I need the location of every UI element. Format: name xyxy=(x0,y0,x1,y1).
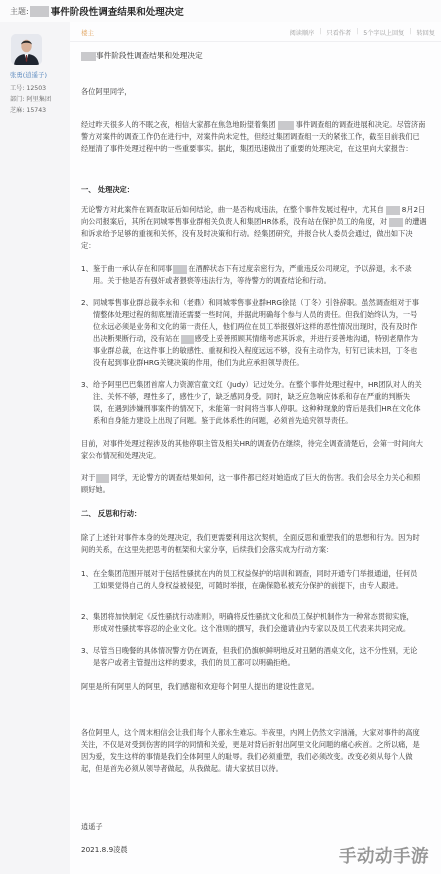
action-line: 是客户或者主管提出这样的要求，我们的员工都可以明确拒绝。 xyxy=(93,658,295,668)
author-only-link[interactable]: 只看作者 xyxy=(326,28,351,37)
intro-line: 警方对案件的调查工作仍在进行中，对案件尚未定性，但经过集团调查组一天的紧张工作，… xyxy=(81,132,420,142)
action-line: 形成对性骚扰零容忍的企业文化。这个准则的撰写，我们会邀请业内专家以及员工代表来共… xyxy=(93,624,410,634)
decision-line: 情整体处理过程的彻底厘清还需要一些时间，并据此明确每个参与人员的责任。但我们始终… xyxy=(93,310,417,320)
section2-intro-line: 间的关系，在这里先把思考的框架和大家分享，后续我们会落实成为行动方案： xyxy=(81,545,333,555)
decision-line: 误，在遇到涉嫌刑事案件的情况下，未能第一时间将当事人停职。这种种现象的背后是我们… xyxy=(93,404,421,414)
avatar[interactable] xyxy=(11,34,42,65)
post-actions: 阅读顺序 | 只看作者 | 5个字以上回复 | 转回复 xyxy=(290,28,435,37)
decision-line: 用。关于他是否有强奸或者猥亵等违法行为，等待警方的调查结论和行动。 xyxy=(93,276,331,286)
redacted-name xyxy=(181,335,194,344)
redacted-name xyxy=(278,121,294,130)
intro-line: 经过昨天很多人的不眠之夜，相信大家都在焦急地盼望着集团事件调查组的调查进展和决定… xyxy=(81,120,425,130)
date: 2021.8.9凌晨 xyxy=(81,845,128,855)
redacted-name xyxy=(30,6,49,17)
redacted-name xyxy=(81,52,96,61)
list-number: 1、 xyxy=(81,264,93,274)
list-number: 2、 xyxy=(81,612,93,622)
user-avatar-icon xyxy=(11,34,42,65)
divider: | xyxy=(409,28,411,37)
sesame-score: 芝麻: 15743 xyxy=(10,105,46,114)
decision-line: 注、关怀不够，理性多了，感性少了，缺乏感同身受。同时，缺乏应急响应体系和存在严重… xyxy=(93,392,410,402)
post: 楼主 阅读顺序 | 只看作者 | 5个字以上回复 | 转回复 事件阶段性调查结果… xyxy=(70,22,441,874)
department: 部门: 阿里集团 xyxy=(10,94,51,103)
redacted-name xyxy=(389,218,403,227)
decision-line: 位永远必须是业务和文化的第一责任人，他们两位在员工举报强奸这样的恶性情况出现时，… xyxy=(93,322,417,332)
topic-title: 事件阶段性调查结果和处理决定 xyxy=(51,4,184,18)
divider: | xyxy=(356,28,358,37)
reply-link[interactable]: 转回复 xyxy=(416,28,435,37)
closing-line: 关注，不仅是对受到伤害的同学的同情和关爱，更是对背后折射出阿里文化问题的痛心疾首… xyxy=(81,740,420,750)
topic-label: 主题: xyxy=(10,6,29,17)
decision-line: 事业群总裁，在这件事上的敏感性、重视和投入程度远远不够，没有主动作为，钉钉已读未… xyxy=(93,346,417,356)
redacted-name xyxy=(96,474,109,483)
closing-line: 各位阿里人，这个周末相信会让我们每个人都永生难忘。半夜里，内网上仍然文字汹涌，大… xyxy=(81,728,420,738)
signature: 逍遥子 xyxy=(81,822,103,832)
victim-note-line: 对于同学，无论警方的调查结果如何，这一事件都已经对她造成了巨大的伤害。我们会尽全… xyxy=(81,473,420,483)
intro-line: 经厘清了事件处理过程中的一些重要事实。据此，集团迅速做出了重要的处理决定，在这里… xyxy=(81,144,413,154)
decision-line: 同城零售事业群总裁李永和（老鼎）和同城零售事业群HRG徐昆（丁冬）引咎辞职。虽然… xyxy=(93,298,419,308)
section1-intro-line: 向公司报案后，其所在同城零售事业群相关负责人和集团HR体系，没有站在保护员工的角… xyxy=(81,217,427,227)
employee-id: 工号: 12503 xyxy=(10,83,46,92)
list-number: 2、 xyxy=(81,298,93,308)
greeting: 各位阿里同学， xyxy=(81,87,131,97)
long-replies-link[interactable]: 5个字以上回复 xyxy=(363,28,404,37)
list-number: 3、 xyxy=(81,380,93,390)
victim-note-line: 顾好她。 xyxy=(81,485,110,495)
decision-line: 鉴于曲一承认存在和同事在酒醉状态下有过度亲密行为，严重违反公司规定，予以辞退，永… xyxy=(93,264,412,274)
closing-line: 起，但是首先必须从领导者做起，从我做起。请大家拭目以待。 xyxy=(81,764,283,774)
redacted-name xyxy=(173,265,187,274)
watermark: 手动动手游 xyxy=(339,843,429,868)
author-sidebar: 张勇(逍遥子) 工号: 12503 部门: 阿里集团 芝麻: 15743 xyxy=(0,22,70,874)
author-name-link[interactable]: 张勇(逍遥子) xyxy=(10,70,47,79)
divider: | xyxy=(319,28,321,37)
ongoing-line: 目前，对事件处理过程涉及的其他停职主管及相关HR的调查仍在继续，待完全调查清楚后… xyxy=(81,439,423,449)
post-header: 楼主 阅读顺序 | 只看作者 | 5个字以上回复 | 转回复 xyxy=(70,22,441,42)
ongoing-line: 家公布情况和处理决定。 xyxy=(81,451,160,461)
section1-intro-line: 无论警方对此案件在调查取证后如何结论，曲一是否构成违法，在整个事件发展过程中，尤… xyxy=(81,205,425,215)
section1-intro-line: 定： xyxy=(81,241,95,251)
read-order-link[interactable]: 阅读顺序 xyxy=(290,28,315,37)
section-heading: 二、 反思和行动： xyxy=(81,509,141,519)
closing-line: 因为爱，发生这样的事情是我们全体阿里人的耻辱。我们必须重塑，我们必须改变。改变必… xyxy=(81,752,413,762)
list-number: 1、 xyxy=(81,569,93,579)
section1-intro-line: 和诉求给予足够的重视和关怀，没有及时决策和行动。经集团研究，并报合伙人委员会通过… xyxy=(81,229,413,239)
decision-line: 没有起到事业群HRG关键决策的作用，他们为此应承担领导责任。 xyxy=(93,358,304,368)
decision-line: 给予阿里巴巴集团首席人力资源官童文红（Judy）记过处分。在整个事件处理过程中，… xyxy=(93,380,422,390)
topic-bar: 主题: 事件阶段性调查结果和处理决定 xyxy=(0,0,441,22)
section2-intro-line: 除了上述针对事件本身的处理决定，我们更需要利用这次契机，全面反思和重塑我们的思想… xyxy=(81,533,420,543)
op-badge: 楼主 xyxy=(81,28,94,37)
list-number: 3、 xyxy=(81,646,93,656)
action-line: 工如果觉得自己的人身权益被侵犯，可随时举报，在确保隐私被充分保护的前提下，由专人… xyxy=(93,581,403,591)
action-line: 尽管当日晚餐的具体情况警方仍在调查，但我们仍旗帜鲜明地反对丑陋的酒桌文化，这不分… xyxy=(93,646,417,656)
decision-line: 系和自身能力建设上出现了问题。鉴于此体系性的问题，必须首先追究领导责任。 xyxy=(93,416,352,426)
alibaba-line: 阿里是所有阿里人的阿里，我们感谢和欢迎每个阿里人提出的建设性意见。 xyxy=(81,682,319,692)
action-line: 在全集团范围开展对于包括性骚扰在内的员工权益保护的培训和调查，同时开通专门举报通… xyxy=(93,569,417,579)
section-heading: 一、 处理决定： xyxy=(81,185,134,195)
action-line: 集团将加快制定《反性骚扰行动准则》，明确将反性骚扰文化和员工保护机制作为一种常态… xyxy=(93,612,414,622)
article-title: 事件阶段性调查结果和处理决定 xyxy=(81,51,203,61)
decision-line: 出决断果断行动，没有站在感受上妥善照顾其情绪考虑其诉求，并进行妥善地沟通，特别老… xyxy=(93,334,418,344)
redacted-name xyxy=(386,206,400,215)
